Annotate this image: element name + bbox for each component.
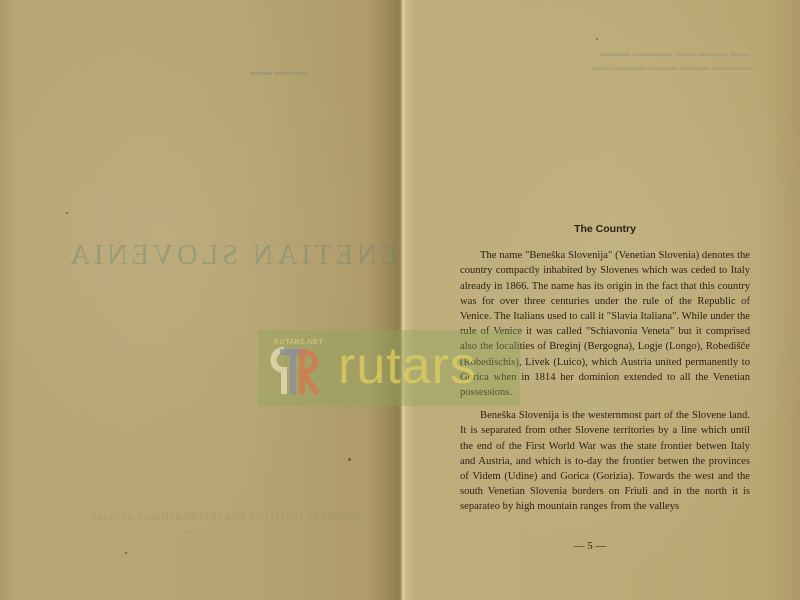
watermark-site-label: RUTARS.NET (274, 339, 323, 346)
watermark-logo-icon (266, 346, 326, 398)
paper-speck (596, 38, 598, 40)
section-heading: The Country (460, 222, 750, 237)
page-number: — 5 — (560, 540, 620, 552)
bleed-through-top-line-1: ▬▬▬ ▬▬▬▬ ▬▬ ▬▬▬ ▬▬ (600, 48, 750, 59)
paragraph-2: Beneška Slovenija is the westernmost par… (460, 408, 750, 514)
bleed-through-title: VENETIAN SLOVENIA (66, 240, 402, 272)
paper-speck (66, 212, 68, 214)
book-gutter (398, 0, 406, 600)
bleed-through-publisher-line2: • • • (185, 528, 197, 537)
bleed-through-top-line-2: ▬▬ ▬▬▬ ▬▬▬ ▬▬▬ ▬▬▬▬ (592, 62, 752, 73)
bleed-through-publisher: JUGOSLAV INSTITUTE FOR INTERNATIONAL AFF… (90, 512, 359, 522)
watermark: RUTARS.NET rutars (258, 330, 520, 406)
paper-speck (125, 552, 127, 554)
watermark-text: rutars (338, 336, 477, 396)
book-spread: ▬▬▬ ▬▬ VENETIAN SLOVENIA JUGOSLAV INSTIT… (0, 0, 800, 600)
paper-speck (348, 458, 351, 461)
left-page: ▬▬▬ ▬▬ VENETIAN SLOVENIA JUGOSLAV INSTIT… (0, 0, 402, 600)
bleed-through-top-text: ▬▬▬ ▬▬ (250, 66, 308, 78)
